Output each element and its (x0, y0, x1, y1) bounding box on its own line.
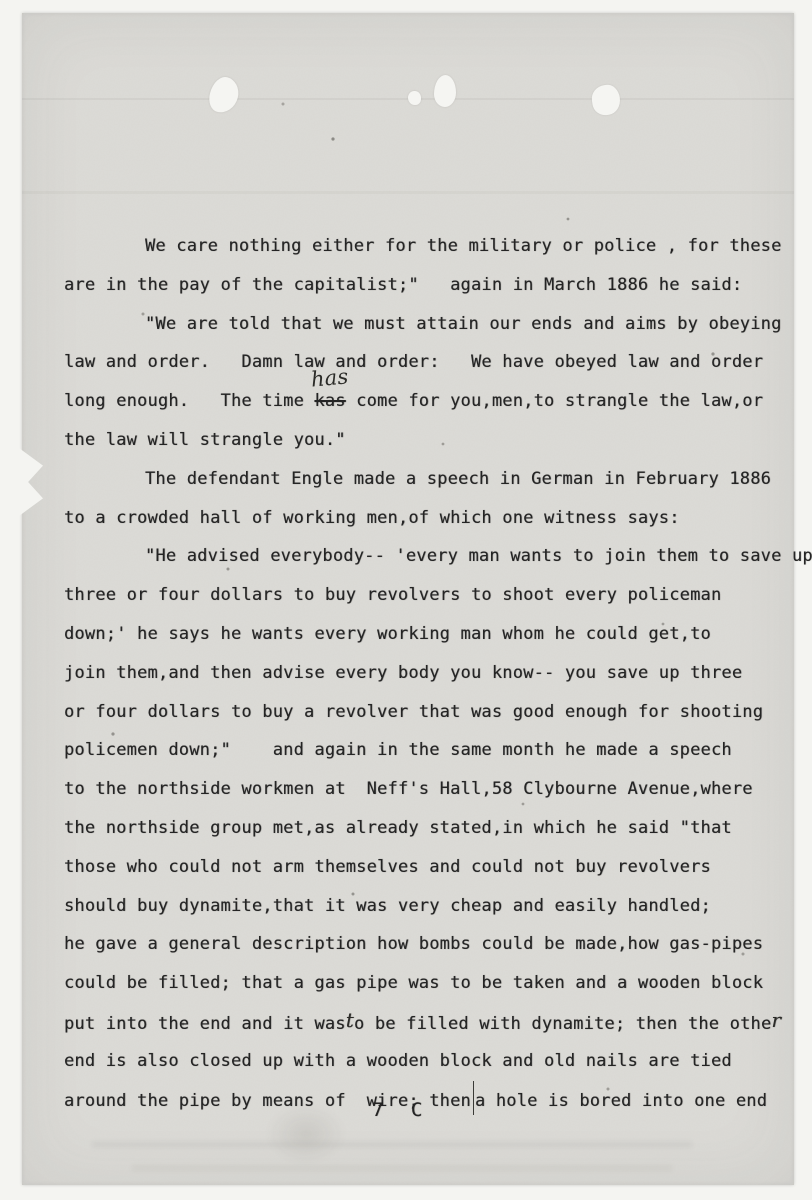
document-line: should buy dynamite,that it was very che… (64, 887, 776, 926)
punch-hole (590, 83, 622, 117)
paper-specks (22, 13, 24, 15)
document-line: The defendant Engle made a speech in Ger… (64, 460, 776, 499)
document-line: to a crowded hall of working men,of whic… (64, 499, 776, 538)
document-line: he gave a general description how bombs … (64, 925, 776, 964)
document-line: those who could not arm themselves and c… (64, 848, 776, 887)
typed-correction: kashas (314, 391, 345, 411)
document-line: policemen down;" and again in the same m… (64, 731, 776, 770)
bleed-through-text (92, 1141, 692, 1148)
scanned-document: We care nothing either for the military … (0, 0, 812, 1200)
punch-hole (408, 91, 421, 105)
tear-notch (19, 448, 43, 516)
document-line: put into the end and it wasto be filled … (64, 1003, 776, 1042)
document-line: are in the pay of the capitalist;" again… (64, 266, 776, 305)
document-line: the northside group met,as already state… (64, 809, 776, 848)
struck-word: kas (314, 391, 345, 411)
pen-mark (473, 1081, 474, 1115)
document-line: three or four dollars to buy revolvers t… (64, 576, 776, 615)
handwritten-note: has (311, 367, 350, 391)
document-line: We care nothing either for the military … (64, 227, 776, 266)
handwritten-letter: r (771, 1008, 781, 1032)
document-line: or four dollars to buy a revolver that w… (64, 693, 776, 732)
punch-hole (206, 74, 242, 116)
document-line: long enough. The time kashas come for yo… (64, 382, 776, 421)
page-number: 7 C (372, 1099, 422, 1121)
document-page: We care nothing either for the military … (22, 13, 794, 1185)
document-line: law and order. Damn law and order: We ha… (64, 343, 776, 382)
document-line: join them,and then advise every body you… (64, 654, 776, 693)
document-line: the law will strangle you." (64, 421, 776, 460)
document-line: to the northside workmen at Neff's Hall,… (64, 770, 776, 809)
document-line: "We are told that we must attain our end… (64, 305, 776, 344)
document-line: could be filled; that a gas pipe was to … (64, 964, 776, 1003)
document-line: end is also closed up with a wooden bloc… (64, 1042, 776, 1081)
document-line: down;' he says he wants every working ma… (64, 615, 776, 654)
bleed-through-text (132, 1165, 672, 1171)
fold-crease (22, 191, 794, 194)
document-line: "He advised everybody-- 'every man wants… (64, 537, 776, 576)
handwritten-letter: t (346, 1008, 354, 1032)
document-text: We care nothing either for the military … (64, 227, 776, 1119)
punch-hole (434, 75, 456, 107)
